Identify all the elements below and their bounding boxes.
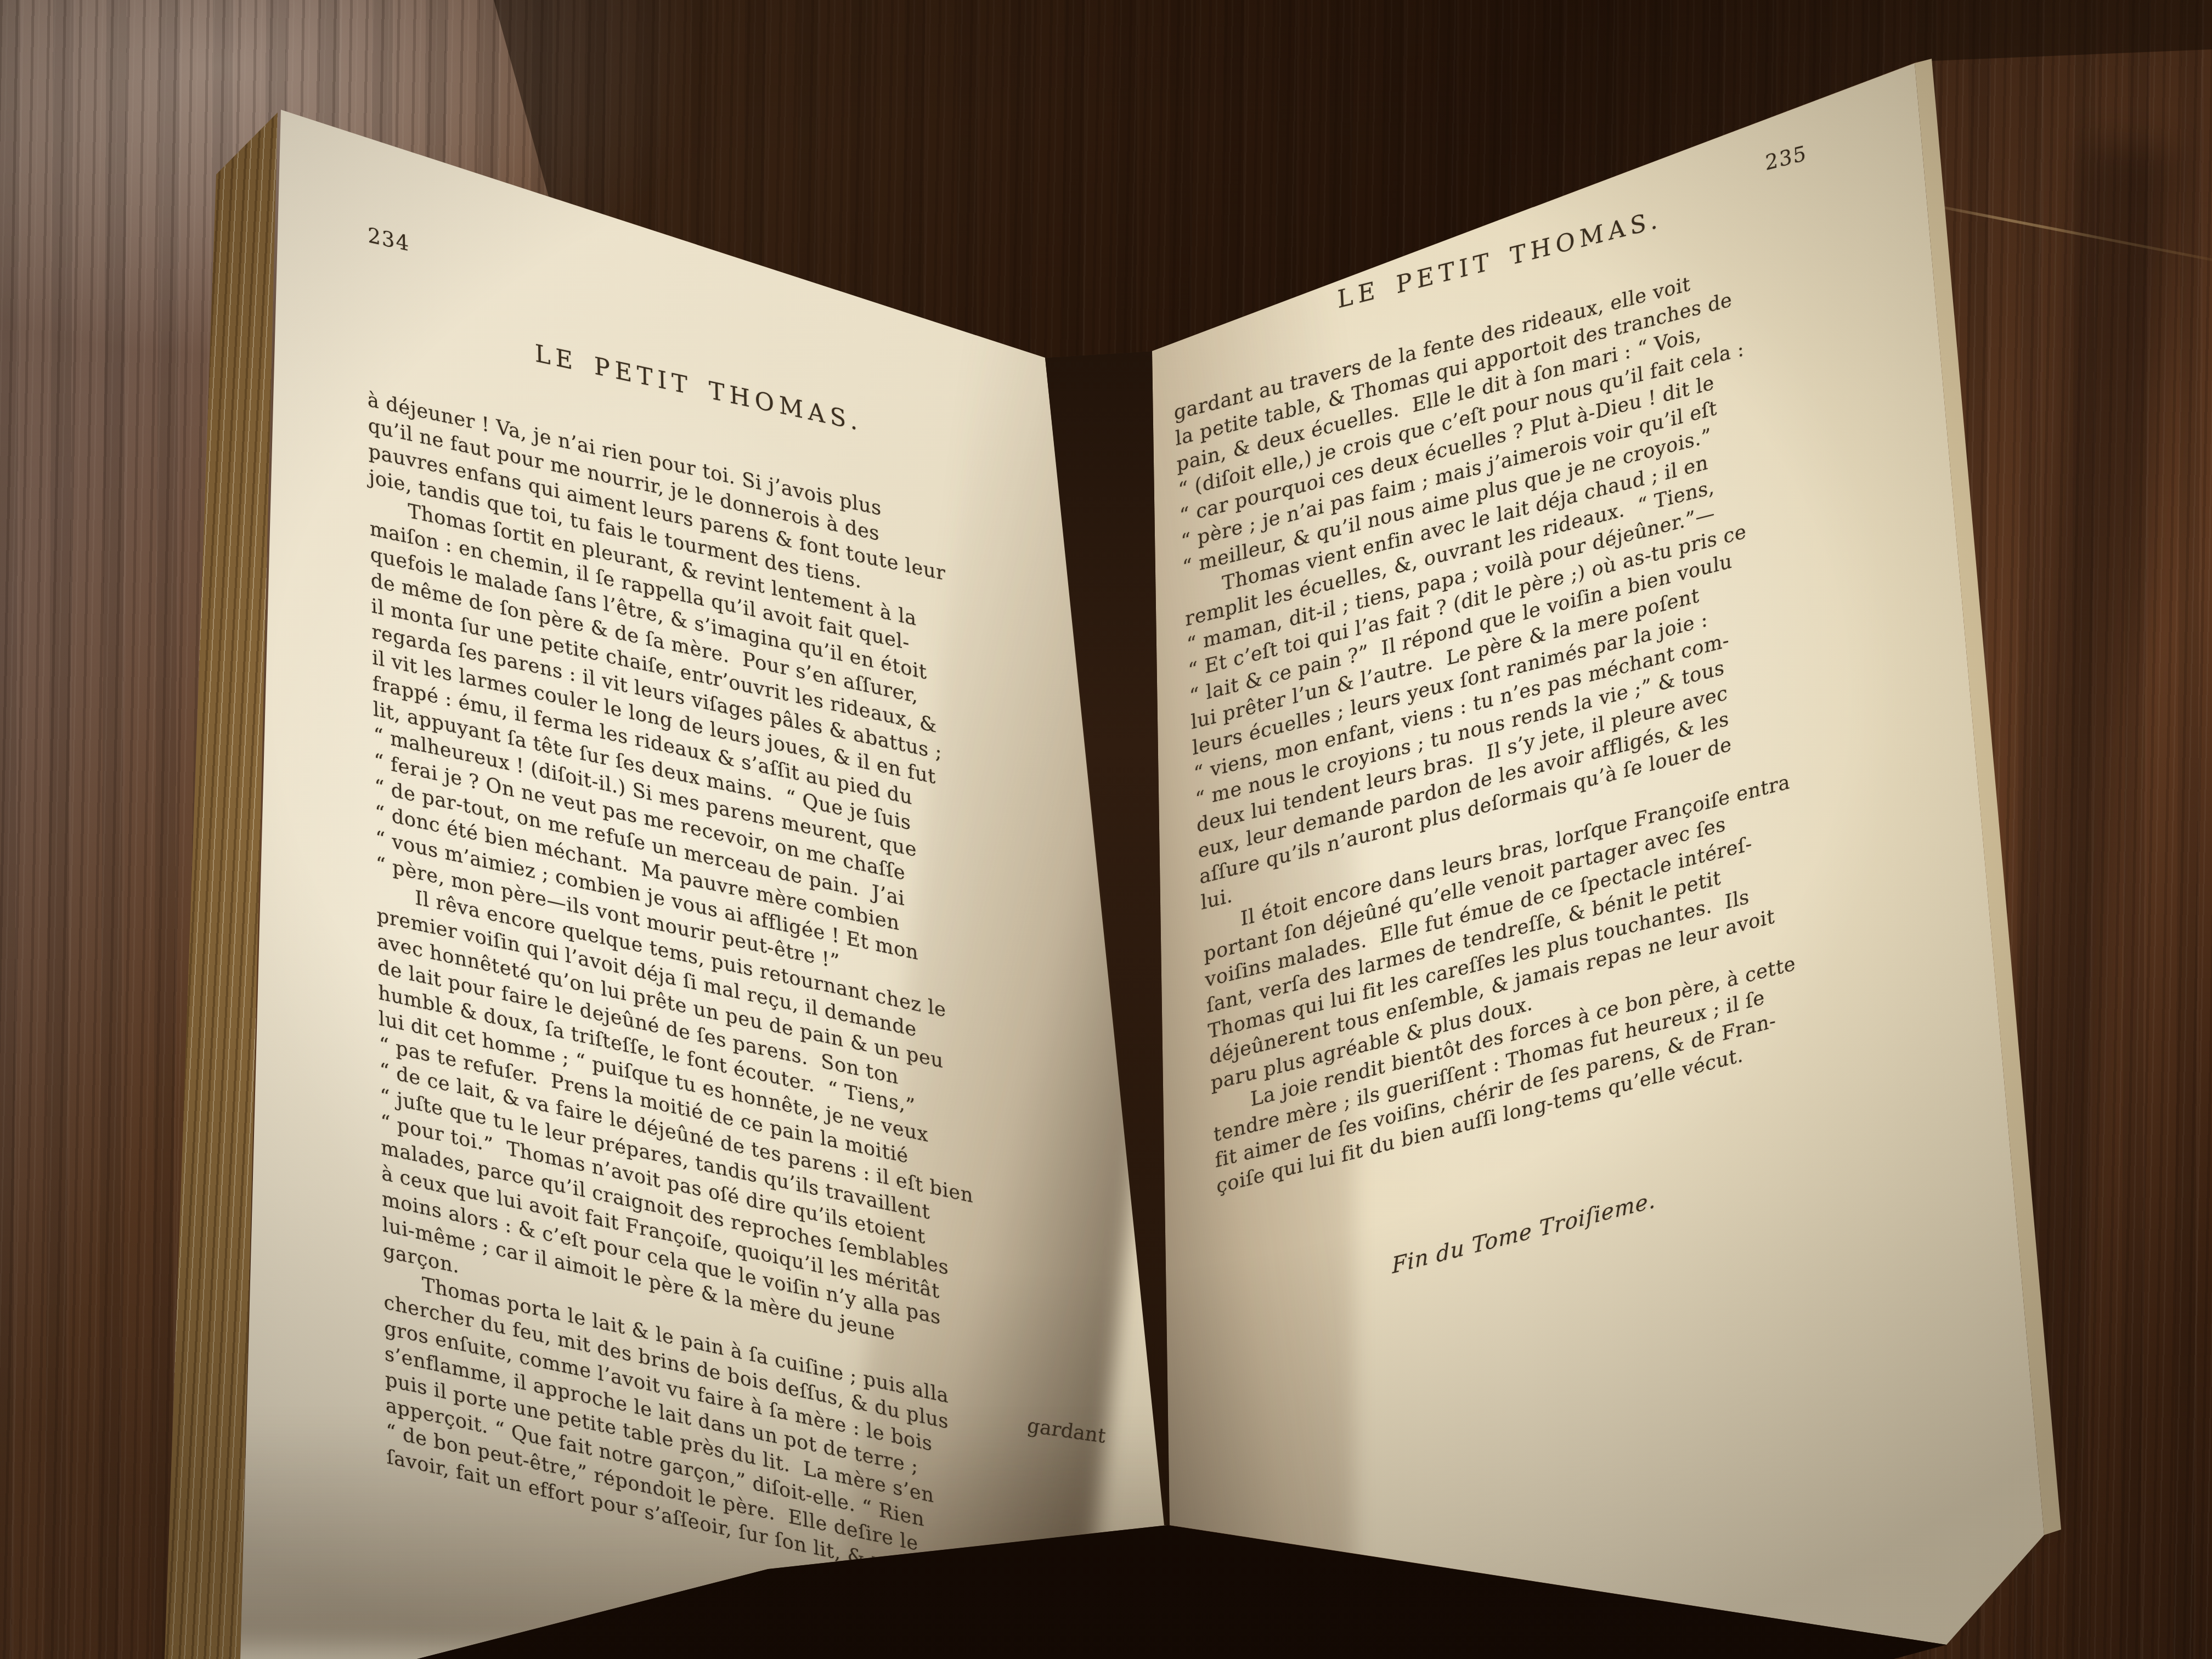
right-page-lines: gardant au travers de la fente des ridea… — [1173, 235, 1877, 1200]
left-page-text: 234 LE PETIT THOMAS. à déjeuner ! Va, je… — [364, 222, 1052, 1611]
left-page-lines: à déjeuner ! Va, je n’ai rien pour toi. … — [367, 387, 1052, 1611]
page-number-left: 234 — [368, 223, 410, 256]
open-book-photo: 234 LE PETIT THOMAS. à déjeuner ! Va, je… — [0, 0, 2212, 1659]
page-number-right: 235 — [1764, 140, 1808, 175]
running-title-left: LE PETIT THOMAS. — [535, 339, 863, 437]
